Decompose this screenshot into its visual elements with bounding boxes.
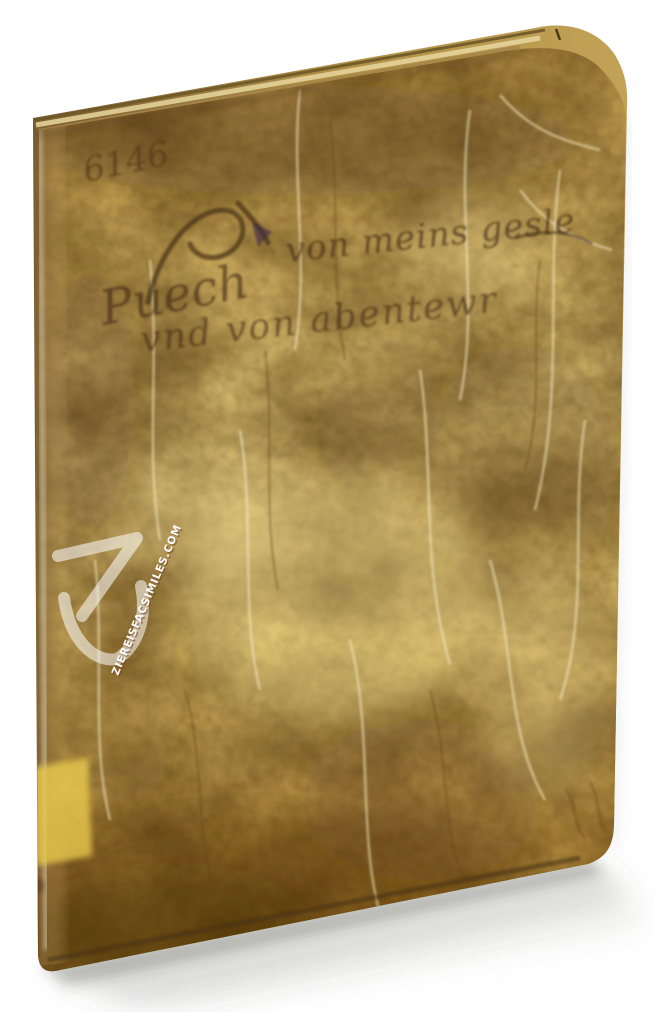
product-photo: 6146 von meins gesle Puech vnd von abent… (0, 0, 655, 1012)
manuscript-cover-photo: 6146 von meins gesle Puech vnd von abent… (0, 0, 655, 1012)
book: 6146 von meins gesle Puech vnd von abent… (20, 15, 635, 995)
parchment-texture: 6146 von meins gesle Puech vnd von abent… (20, 15, 635, 995)
spine-repair-patch (30, 758, 92, 866)
